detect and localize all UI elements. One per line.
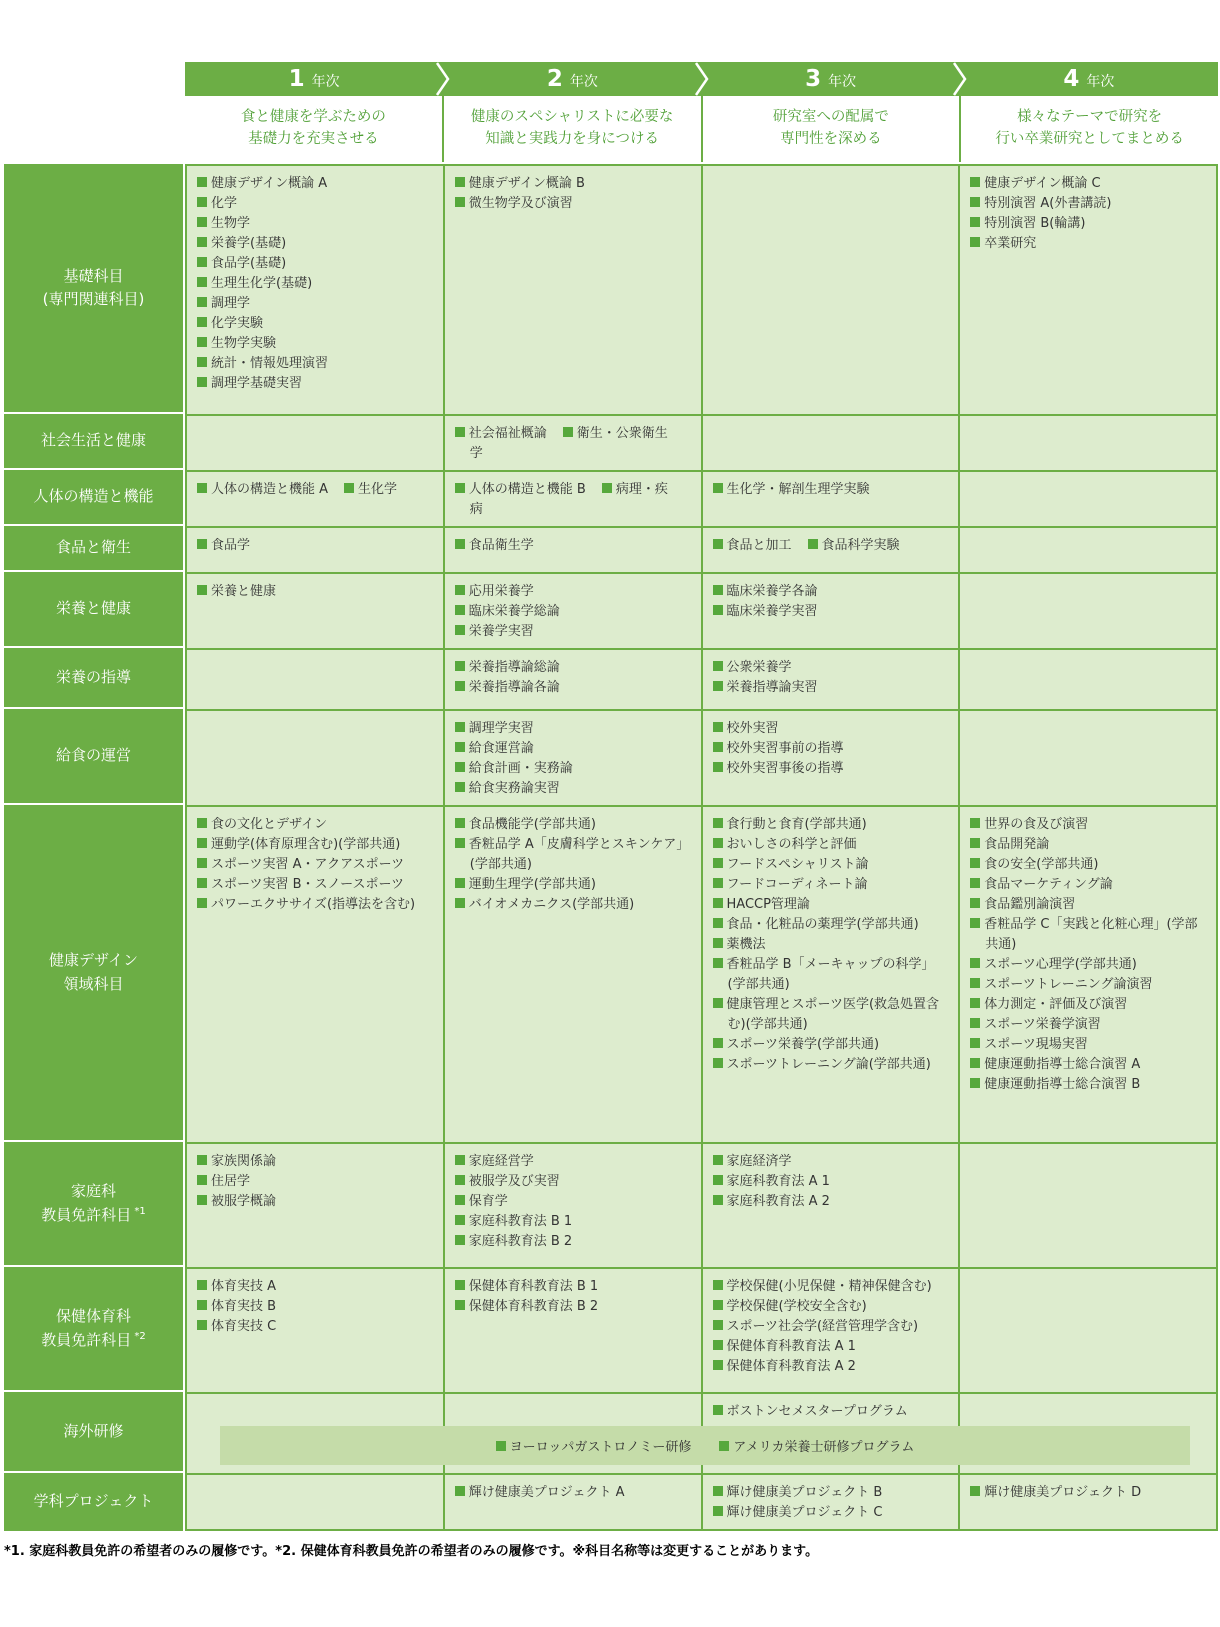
- course-name: スポーツ実習 B・スノースポーツ: [211, 877, 404, 892]
- course-line: 食品衛生学: [455, 536, 695, 556]
- course-line: 体育実技 A: [197, 1277, 437, 1297]
- bullet-square-icon: [455, 585, 465, 595]
- course-name: 食品学: [211, 538, 250, 553]
- course-name: 臨床栄養学実習: [727, 604, 818, 619]
- course-name: 保健体育科教育法 A 2: [727, 1359, 856, 1374]
- course-item: 卒業研究: [970, 236, 1036, 251]
- bullet-square-icon: [455, 1215, 465, 1225]
- course-item: 微生物学及び演習: [455, 196, 573, 211]
- course-line: 校外実習事前の指導: [713, 739, 953, 759]
- course-item: 給食計画・実務論: [455, 761, 573, 776]
- course-name: 統計・情報処理演習: [211, 356, 328, 371]
- course-item: スポーツ心理学(学部共通): [970, 957, 1137, 972]
- course-line: スポーツ栄養学演習: [970, 1015, 1210, 1035]
- header-spacer: [4, 96, 185, 162]
- bullet-square-icon: [455, 177, 465, 187]
- course-item: 臨床栄養学総論: [455, 604, 560, 619]
- course-name: 家族関係論: [211, 1154, 276, 1169]
- bullet-square-icon: [455, 1235, 465, 1245]
- row-cells: 栄養と健康応用栄養学臨床栄養学総論栄養学実習臨床栄養学各論臨床栄養学実習: [185, 572, 1218, 648]
- year-number: 2: [547, 68, 563, 91]
- bullet-square-icon: [713, 681, 723, 691]
- course-item: フードスペシャリスト論: [713, 857, 869, 872]
- course-line: 香粧品学 B「メーキャップの科学」(学部共通): [713, 955, 953, 995]
- course-item: 生物学実験: [197, 336, 276, 351]
- year-description-row: 食と健康を学ぶための基礎力を充実させる健康のスペシャリストに必要な知識と実践力を…: [185, 96, 1218, 162]
- category-cell: 保健体育科教員免許科目 *2: [4, 1267, 183, 1392]
- year-banner-4: 4年次: [960, 62, 1218, 96]
- course-line: 家庭科教育法 A 2: [713, 1192, 953, 1212]
- bullet-square-icon: [713, 585, 723, 595]
- bullet-square-icon: [970, 1058, 980, 1068]
- course-line: 卒業研究: [970, 234, 1210, 254]
- course-item: 体育実技 C: [197, 1319, 276, 1334]
- course-name: スポーツ現場実習: [984, 1037, 1087, 1052]
- course-name: 生化学: [358, 482, 397, 497]
- description-line: 行い卒業研究としてまとめる: [995, 129, 1184, 151]
- category-cell: 食品と衛生: [4, 526, 183, 572]
- bullet-square-icon: [455, 1155, 465, 1165]
- course-item: 統計・情報処理演習: [197, 356, 328, 371]
- course-line: 臨床栄養学各論: [713, 582, 953, 602]
- course-name: スポーツ栄養学(学部共通): [727, 1037, 880, 1052]
- course-cell-y3: 食行動と食育(学部共通)おいしさの科学と評価フードスペシャリスト論フードコーディ…: [703, 807, 959, 1142]
- bullet-square-icon: [197, 337, 207, 347]
- course-name: スポーツ社会学(経営管理学含む): [727, 1319, 919, 1334]
- bullet-square-icon: [197, 483, 207, 493]
- course-line: 家庭科教育法 B 2: [455, 1232, 695, 1252]
- bullet-square-icon: [970, 918, 980, 928]
- course-line: 保健体育科教育法 B 2: [455, 1297, 695, 1317]
- course-line: 家族関係論: [197, 1152, 437, 1172]
- course-line: スポーツ社会学(経営管理学含む): [713, 1317, 953, 1337]
- category-cell: 栄養の指導: [4, 648, 183, 709]
- course-item: 健康デザイン概論 B: [455, 176, 585, 191]
- course-line: フードスペシャリスト論: [713, 855, 953, 875]
- category-cell: 学科プロジェクト: [4, 1473, 183, 1531]
- bullet-square-icon: [197, 317, 207, 327]
- course-line: 食品と加工食品科学実験: [713, 536, 953, 556]
- course-name: 給食運営論: [469, 741, 534, 756]
- course-item: 被服学及び実習: [455, 1174, 560, 1189]
- course-line: 食品・化粧品の薬理学(学部共通): [713, 915, 953, 935]
- course-line: 食行動と食育(学部共通): [713, 815, 953, 835]
- course-line: 化学実験: [197, 314, 437, 334]
- course-item: 世界の食及び演習: [970, 817, 1088, 832]
- course-name: 輝け健康美プロジェクト A: [469, 1485, 625, 1500]
- course-item: 家族関係論: [197, 1154, 276, 1169]
- course-item: 輝け健康美プロジェクト A: [455, 1485, 625, 1500]
- bullet-square-icon: [970, 197, 980, 207]
- course-name: 生理生化学(基礎): [211, 276, 312, 291]
- course-line: ボストンセメスタープログラム: [713, 1402, 953, 1422]
- course-item: 家庭科教育法 B 2: [455, 1234, 572, 1249]
- course-name: 食品科学実験: [822, 538, 900, 553]
- course-name: 輝け健康美プロジェクト C: [727, 1505, 883, 1520]
- course-cell-y4: [960, 528, 1216, 572]
- course-line: 応用栄養学: [455, 582, 695, 602]
- course-line: 社会福祉概論衛生・公衆衛生学: [455, 424, 695, 464]
- bullet-square-icon: [713, 1058, 723, 1068]
- bullet-square-icon: [455, 1280, 465, 1290]
- course-item: 人体の構造と機能 A: [197, 482, 328, 497]
- course-item: 生化学・解剖生理学実験: [713, 482, 870, 497]
- course-item: スポーツ実習 A・アクアスポーツ: [197, 857, 404, 872]
- bullet-square-icon: [197, 277, 207, 287]
- course-name: 校外実習事後の指導: [727, 761, 844, 776]
- category-cell: 家庭科教員免許科目 *1: [4, 1142, 183, 1267]
- course-line: スポーツ実習 A・アクアスポーツ: [197, 855, 437, 875]
- course-name: 生物学: [211, 216, 250, 231]
- row-cells: 体育実技 A体育実技 B体育実技 C保健体育科教育法 B 1保健体育科教育法 B…: [185, 1267, 1218, 1392]
- course-line: 栄養指導論各論: [455, 678, 695, 698]
- course-cell-y3: [703, 416, 959, 470]
- course-line: 健康デザイン概論 C: [970, 174, 1210, 194]
- course-line: 微生物学及び演習: [455, 194, 695, 214]
- bullet-square-icon: [197, 878, 207, 888]
- course-name: 栄養指導論実習: [727, 680, 818, 695]
- course-item: 栄養学(基礎): [197, 236, 286, 251]
- course-item: 健康管理とスポーツ医学(救急処置含む)(学部共通): [713, 997, 940, 1032]
- course-line: 食の安全(学部共通): [970, 855, 1210, 875]
- bullet-square-icon: [970, 818, 980, 828]
- course-item: 公衆栄養学: [713, 660, 792, 675]
- bullet-square-icon: [455, 818, 465, 828]
- course-item: 栄養と健康: [197, 584, 276, 599]
- course-line: スポーツ心理学(学部共通): [970, 955, 1210, 975]
- course-item: 家庭科教育法 B 1: [455, 1214, 572, 1229]
- course-line: 食品機能学(学部共通): [455, 815, 695, 835]
- category-label: 教員免許科目 *1: [41, 1204, 146, 1227]
- band-item: アメリカ栄養士研修プログラム: [719, 1436, 914, 1455]
- course-line: 被服学及び実習: [455, 1172, 695, 1192]
- category-label: 給食の運営: [56, 744, 131, 767]
- bullet-square-icon: [713, 762, 723, 772]
- course-name: 輝け健康美プロジェクト B: [727, 1485, 883, 1500]
- course-name: 住居学: [211, 1174, 250, 1189]
- bullet-square-icon: [197, 357, 207, 367]
- course-name: パワーエクササイズ(指導法を含む): [211, 897, 415, 912]
- course-item: 香粧品学 A「皮膚科学とスキンケア」(学部共通): [455, 837, 690, 872]
- course-item: 食品衛生学: [455, 538, 534, 553]
- bullet-square-icon: [970, 1486, 980, 1496]
- course-name: 栄養と健康: [211, 584, 276, 599]
- course-cell-y2: 食品衛生学: [445, 528, 701, 572]
- course-cell-y3: 臨床栄養学各論臨床栄養学実習: [703, 574, 959, 648]
- course-cell-y4: [960, 574, 1216, 648]
- course-name: フードスペシャリスト論: [727, 857, 869, 872]
- bullet-square-icon: [197, 177, 207, 187]
- bullet-square-icon: [455, 722, 465, 732]
- course-cell-y2: 社会福祉概論衛生・公衆衛生学: [445, 416, 701, 470]
- bullet-square-icon: [808, 539, 818, 549]
- course-line: 栄養学(基礎): [197, 234, 437, 254]
- course-name: 体育実技 B: [211, 1299, 276, 1314]
- bullet-square-icon: [713, 838, 723, 848]
- course-line: 校外実習事後の指導: [713, 759, 953, 779]
- bullet-square-icon: [713, 1340, 723, 1350]
- bullet-square-icon: [970, 838, 980, 848]
- bullet-square-icon: [455, 605, 465, 615]
- course-cell-y2: 食品機能学(学部共通)香粧品学 A「皮膚科学とスキンケア」(学部共通)運動生理学…: [445, 807, 701, 1142]
- course-name: 保健体育科教育法 B 2: [469, 1299, 598, 1314]
- course-line: 食品鑑別論演習: [970, 895, 1210, 915]
- course-name: スポーツトレーニング論(学部共通): [727, 1057, 931, 1072]
- bullet-square-icon: [970, 177, 980, 187]
- row-cells: 食の文化とデザイン運動学(体育原理含む)(学部共通)スポーツ実習 A・アクアスポ…: [185, 805, 1218, 1142]
- bullet-square-icon: [970, 1038, 980, 1048]
- course-line: 校外実習: [713, 719, 953, 739]
- course-line: 薬機法: [713, 935, 953, 955]
- bullet-square-icon: [713, 1300, 723, 1310]
- course-item: 食行動と食育(学部共通): [713, 817, 867, 832]
- course-name: 人体の構造と機能 A: [211, 482, 328, 497]
- course-name: 家庭科教育法 B 1: [469, 1214, 572, 1229]
- bullet-square-icon: [455, 1195, 465, 1205]
- bullet-square-icon: [455, 539, 465, 549]
- course-name: 人体の構造と機能 B: [469, 482, 586, 497]
- row-cells: 輝け健康美プロジェクト A輝け健康美プロジェクト B輝け健康美プロジェクト C輝…: [185, 1473, 1218, 1531]
- category-label: 基礎科目: [63, 265, 123, 288]
- course-line: スポーツ栄養学(学部共通): [713, 1035, 953, 1055]
- row-cells: 栄養指導論総論栄養指導論各論公衆栄養学栄養指導論実習: [185, 648, 1218, 709]
- course-cell-y2: 人体の構造と機能 B病理・疾病: [445, 472, 701, 526]
- course-item: 保健体育科教育法 B 2: [455, 1299, 598, 1314]
- course-name: 健康運動指導士総合演習 A: [984, 1057, 1140, 1072]
- course-item: 被服学概論: [197, 1194, 276, 1209]
- bullet-square-icon: [970, 878, 980, 888]
- bullet-square-icon: [197, 1300, 207, 1310]
- course-line: 公衆栄養学: [713, 658, 953, 678]
- bullet-square-icon: [197, 1280, 207, 1290]
- bullet-square-icon: [197, 257, 207, 267]
- bullet-square-icon: [713, 1405, 723, 1415]
- course-line: 家庭経済学: [713, 1152, 953, 1172]
- course-name: 世界の食及び演習: [984, 817, 1088, 832]
- bullet-square-icon: [455, 1300, 465, 1310]
- bullet-square-icon: [197, 297, 207, 307]
- course-name: 薬機法: [727, 937, 766, 952]
- bullet-square-icon: [455, 681, 465, 691]
- course-line: 食の文化とデザイン: [197, 815, 437, 835]
- course-item: 食品科学実験: [808, 538, 900, 553]
- course-name: 調理学実習: [469, 721, 534, 736]
- course-name: 香粧品学 B「メーキャップの科学」(学部共通): [727, 957, 935, 992]
- course-line: フードコーディネート論: [713, 875, 953, 895]
- course-name: 家庭経済学: [727, 1154, 792, 1169]
- row-kyushoku: 給食の運営調理学実習給食運営論給食計画・実務論給食実務論実習校外実習校外実習事前…: [4, 709, 1218, 805]
- course-cell-y3: 校外実習校外実習事前の指導校外実習事後の指導: [703, 711, 959, 805]
- course-item: 輝け健康美プロジェクト D: [970, 1485, 1141, 1500]
- course-item: 食の文化とデザイン: [197, 817, 327, 832]
- course-line: 世界の食及び演習: [970, 815, 1210, 835]
- course-line: 給食計画・実務論: [455, 759, 695, 779]
- category-cell: 健康デザイン領域科目: [4, 805, 183, 1142]
- bullet-square-icon: [455, 483, 465, 493]
- course-name: 食の文化とデザイン: [211, 817, 327, 832]
- course-line: 保健体育科教育法 B 1: [455, 1277, 695, 1297]
- bullet-square-icon: [713, 722, 723, 732]
- course-item: 輝け健康美プロジェクト C: [713, 1505, 883, 1520]
- course-name: ボストンセメスタープログラム: [727, 1404, 908, 1419]
- year-descriptions: 食と健康を学ぶための基礎力を充実させる健康のスペシャリストに必要な知識と実践力を…: [4, 96, 1218, 162]
- row-cells: 食品学食品衛生学食品と加工食品科学実験: [185, 526, 1218, 572]
- course-item: 体育実技 B: [197, 1299, 276, 1314]
- course-line: 調理学実習: [455, 719, 695, 739]
- course-cell-y1: 家族関係論住居学被服学概論: [187, 1144, 443, 1267]
- bullet-square-icon: [713, 878, 723, 888]
- course-item: HACCP管理論: [713, 897, 810, 912]
- course-cell-y1: [187, 650, 443, 709]
- course-line: 調理学: [197, 294, 437, 314]
- course-line: 化学: [197, 194, 437, 214]
- course-name: 卒業研究: [984, 236, 1036, 251]
- row-kiso: 基礎科目(専門関連科目)健康デザイン概論 A化学生物学栄養学(基礎)食品学(基礎…: [4, 164, 1218, 414]
- course-name: 保健体育科教育法 A 1: [727, 1339, 856, 1354]
- course-item: 食の安全(学部共通): [970, 857, 1098, 872]
- bullet-square-icon: [197, 539, 207, 549]
- course-cell-y2: 輝け健康美プロジェクト A: [445, 1475, 701, 1529]
- category-label: 社会生活と健康: [41, 429, 146, 452]
- course-item: 住居学: [197, 1174, 250, 1189]
- course-item: 食品鑑別論演習: [970, 897, 1075, 912]
- course-item: スポーツ実習 B・スノースポーツ: [197, 877, 404, 892]
- course-name: 運動生理学(学部共通): [469, 877, 596, 892]
- bullet-square-icon: [713, 1195, 723, 1205]
- bullet-square-icon: [455, 878, 465, 888]
- bullet-square-icon: [970, 858, 980, 868]
- bullet-square-icon: [713, 483, 723, 493]
- bullet-square-icon: [970, 1018, 980, 1028]
- category-label: 領域科目: [63, 973, 123, 996]
- course-line: おいしさの科学と評価: [713, 835, 953, 855]
- course-item: 栄養学実習: [455, 624, 534, 639]
- category-label: 学科プロジェクト: [34, 1490, 154, 1513]
- course-line: スポーツトレーニング論(学部共通): [713, 1055, 953, 1075]
- bullet-square-icon: [713, 539, 723, 549]
- year-banner-1: 1年次: [185, 62, 443, 96]
- course-cell-y4: [960, 1269, 1216, 1392]
- bullet-square-icon: [197, 1175, 207, 1185]
- bullet-square-icon: [719, 1441, 729, 1451]
- bullet-square-icon: [455, 1486, 465, 1496]
- course-item: 特別演習 B(輪講): [970, 216, 1085, 231]
- course-item: 運動学(体育原理含む)(学部共通): [197, 837, 400, 852]
- course-item: 臨床栄養学各論: [713, 584, 818, 599]
- course-item: 健康デザイン概論 C: [970, 176, 1100, 191]
- row-cells: 調理学実習給食運営論給食計画・実務論給食実務論実習校外実習校外実習事前の指導校外…: [185, 709, 1218, 805]
- row-katei: 家庭科教員免許科目 *1家族関係論住居学被服学概論家庭経営学被服学及び実習保育学…: [4, 1142, 1218, 1267]
- course-cell-y1: [187, 1475, 443, 1529]
- category-cell: 社会生活と健康: [4, 414, 183, 470]
- course-item: 給食運営論: [455, 741, 534, 756]
- bullet-square-icon: [713, 1038, 723, 1048]
- course-item: 生理生化学(基礎): [197, 276, 312, 291]
- course-item: 保健体育科教育法 B 1: [455, 1279, 598, 1294]
- bullet-square-icon: [970, 998, 980, 1008]
- category-label: 食品と衛生: [56, 536, 131, 559]
- course-name: 香粧品学 C「実践と化粧心理」(学部共通): [984, 917, 1197, 952]
- year-banner-2: 2年次: [443, 62, 701, 96]
- course-cell-y3: 学校保健(小児保健・精神保健含む)学校保健(学校安全含む)スポーツ社会学(経営管…: [703, 1269, 959, 1392]
- course-cell-y2: 保健体育科教育法 B 1保健体育科教育法 B 2: [445, 1269, 701, 1392]
- category-cell: 人体の構造と機能: [4, 470, 183, 526]
- course-name: 生物学実験: [211, 336, 276, 351]
- course-name: 校外実習: [727, 721, 779, 736]
- course-name: 食品・化粧品の薬理学(学部共通): [727, 917, 919, 932]
- course-cell-y4: 健康デザイン概論 C特別演習 A(外書講読)特別演習 B(輪講)卒業研究: [960, 166, 1216, 414]
- course-item: スポーツトレーニング論演習: [970, 977, 1152, 992]
- category-note: *1: [131, 1206, 146, 1217]
- year-label: 年次: [1086, 67, 1114, 91]
- bullet-square-icon: [197, 898, 207, 908]
- course-cell-y1: 体育実技 A体育実技 B体育実技 C: [187, 1269, 443, 1392]
- row-hoken: 保健体育科教員免許科目 *2体育実技 A体育実技 B体育実技 C保健体育科教育法…: [4, 1267, 1218, 1392]
- category-label: 保健体育科: [56, 1305, 131, 1328]
- table-body: 基礎科目(専門関連科目)健康デザイン概論 A化学生物学栄養学(基礎)食品学(基礎…: [4, 164, 1218, 1531]
- bullet-square-icon: [197, 217, 207, 227]
- row-kaigai: 海外研修ボストンセメスタープログラムヨーロッパガストロノミー研修アメリカ栄養士研…: [4, 1392, 1218, 1473]
- bullet-square-icon: [970, 237, 980, 247]
- year-number: 1: [289, 68, 305, 91]
- course-line: 調理学基礎実習: [197, 374, 437, 394]
- bullet-square-icon: [455, 661, 465, 671]
- course-name: 家庭経営学: [469, 1154, 534, 1169]
- course-line: 生物学実験: [197, 334, 437, 354]
- bullet-square-icon: [713, 1486, 723, 1496]
- year-number: 3: [805, 68, 821, 91]
- course-cell-y4: [960, 1144, 1216, 1267]
- bullet-square-icon: [455, 427, 465, 437]
- course-line: 健康運動指導士総合演習 B: [970, 1075, 1210, 1095]
- description-line: 健康のスペシャリストに必要な: [471, 107, 673, 129]
- course-line: 輝け健康美プロジェクト D: [970, 1483, 1210, 1503]
- course-item: 保育学: [455, 1194, 508, 1209]
- course-item: 食品開発論: [970, 837, 1049, 852]
- bullet-square-icon: [713, 1155, 723, 1165]
- course-name: 食品鑑別論演習: [984, 897, 1075, 912]
- course-item: フードコーディネート論: [713, 877, 868, 892]
- course-item: 食品・化粧品の薬理学(学部共通): [713, 917, 919, 932]
- chevron-right-icon: [435, 62, 451, 96]
- bullet-square-icon: [713, 938, 723, 948]
- course-name: 食品学(基礎): [211, 256, 286, 271]
- course-line: 生理生化学(基礎): [197, 274, 437, 294]
- course-cell-y1: 食品学: [187, 528, 443, 572]
- bullet-square-icon: [970, 217, 980, 227]
- header-spacer: [4, 62, 185, 96]
- course-line: 輝け健康美プロジェクト A: [455, 1483, 695, 1503]
- bullet-square-icon: [713, 742, 723, 752]
- course-name: フードコーディネート論: [727, 877, 868, 892]
- course-cell-y1: [187, 711, 443, 805]
- course-name: 被服学概論: [211, 1194, 276, 1209]
- bullet-square-icon: [713, 818, 723, 828]
- course-name: 健康デザイン概論 B: [469, 176, 585, 191]
- course-line: 輝け健康美プロジェクト C: [713, 1503, 953, 1523]
- course-name: おいしさの科学と評価: [727, 837, 857, 852]
- course-name: 学校保健(学校安全含む): [727, 1299, 867, 1314]
- course-line: 給食運営論: [455, 739, 695, 759]
- category-label: 人体の構造と機能: [33, 485, 153, 508]
- course-line: 家庭科教育法 B 1: [455, 1212, 695, 1232]
- course-name: 健康管理とスポーツ医学(救急処置含む)(学部共通): [727, 997, 940, 1032]
- course-item: バイオメカニクス(学部共通): [455, 897, 635, 912]
- course-line: 生物学: [197, 214, 437, 234]
- course-item: 薬機法: [713, 937, 766, 952]
- category-label: 海外研修: [63, 1420, 123, 1443]
- course-name: ヨーロッパガストロノミー研修: [510, 1440, 692, 1455]
